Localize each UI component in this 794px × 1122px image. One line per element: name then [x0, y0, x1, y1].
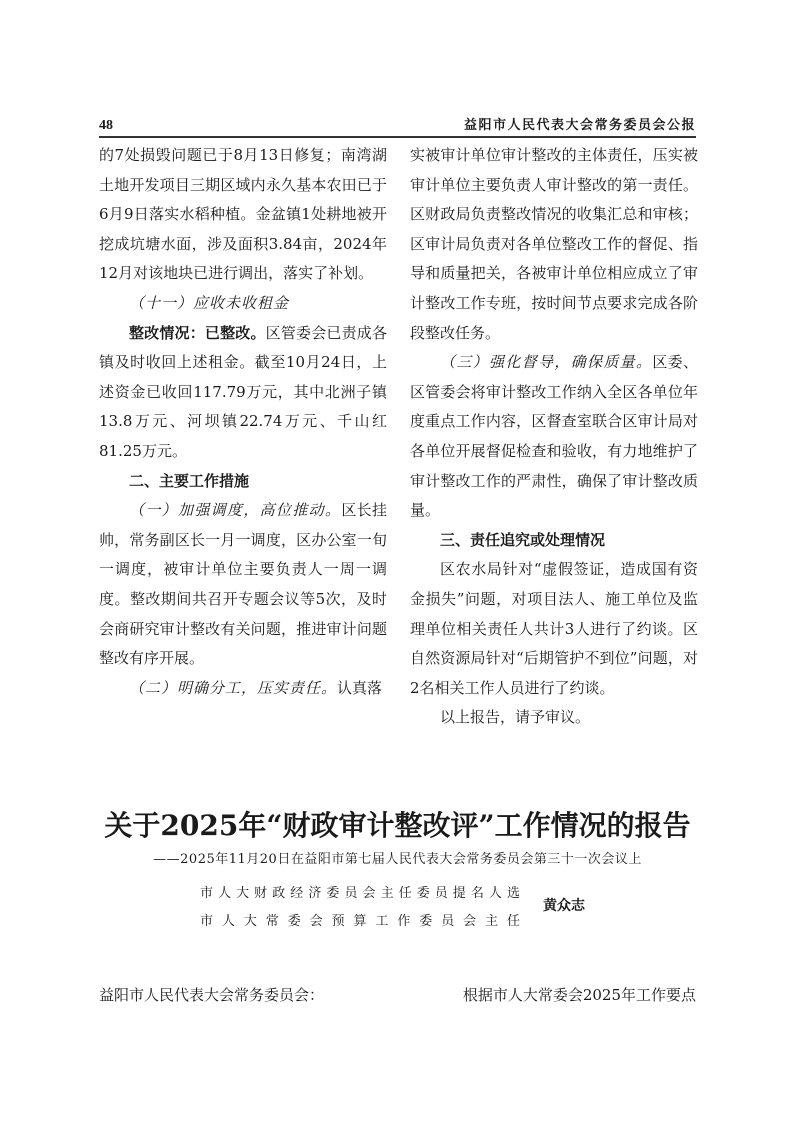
measure-2-title: （二）明确分工，压实责任。	[129, 679, 337, 697]
speaker-block: 市人大财政经济委员会主任委员提名人选 市人大常委会预算工作委员会主任 黄众志	[200, 880, 640, 940]
measure-1-title: （一）加强调度，高位推动。	[129, 501, 341, 519]
paragraph-accountability: 区农水局针对“虚假签证，造成国有资金损失”问题，对项目法人、施工单位及监理单位相…	[410, 555, 698, 703]
header-divider	[99, 136, 696, 138]
measure-3-text: 区委、区管委会将审计整改工作纳入全区各单位年度重点工作内容，区督查室联合区审计局…	[410, 353, 698, 519]
paragraph-continuation: 的7处损毁问题已于8月13日修复；南湾湖土地开发项目三期区域内永久基本农田已于6…	[99, 141, 387, 289]
section-heading-main-measures: 二、主要工作措施	[99, 467, 387, 497]
addressee: 益阳市人民代表大会常务委员会：	[99, 984, 324, 1006]
left-column: 的7处损毁问题已于8月13日修复；南湾湖土地开发项目三期区域内永久基本农田已于6…	[99, 141, 387, 703]
measure-3-title: （三）强化督导，确保质量。	[440, 353, 652, 371]
rectification-status-text: 区管委会已责成各镇及时收回上述租金。截至10月24日，上述资金已收回117.79…	[99, 324, 387, 460]
paragraph-measure-3: （三）强化督导，确保质量。区委、区管委会将审计整改工作纳入全区各单位年度重点工作…	[410, 348, 698, 526]
section-heading-accountability: 三、责任追究或处理情况	[410, 526, 698, 556]
report-body-start: 根据市人大常委会2025年工作要点	[440, 984, 696, 1006]
paragraph-closing: 以上报告，请予审议。	[410, 703, 698, 733]
paragraph-measure-2: （二）明确分工，压实责任。认真落	[99, 674, 387, 704]
report-subtitle: ——2025年11月20日在益阳市第七届人民代表大会常务委员会第三十一次会议上	[99, 850, 696, 870]
speaker-role-1: 市人大财政经济委员会主任委员提名人选	[200, 880, 520, 908]
right-column: 实被审计单位审计整改的主体责任，压实被审计单位主要负责人审计整改的第一责任。区财…	[410, 141, 698, 733]
journal-title: 益阳市人民代表大会常务委员会公报	[464, 117, 696, 135]
paragraph-measure-2-continued: 实被审计单位审计整改的主体责任，压实被审计单位主要负责人审计整改的第一责任。区财…	[410, 141, 698, 348]
paragraph-rectification: 整改情况：已整改。区管委会已责成各镇及时收回上述租金。截至10月24日，上述资金…	[99, 319, 387, 467]
measure-2-text-start: 认真落	[337, 679, 382, 697]
speaker-role-2: 市人大常委会预算工作委员会主任	[200, 908, 520, 936]
paragraph-measure-1: （一）加强调度，高位推动。区长挂帅，常务副区长一月一调度，区办公室一旬一调度，被…	[99, 496, 387, 674]
speaker-roles: 市人大财政经济委员会主任委员提名人选 市人大常委会预算工作委员会主任	[200, 880, 520, 936]
measure-1-text: 区长挂帅，常务副区长一月一调度，区办公室一旬一调度，被审计单位主要负责人一周一调…	[99, 501, 387, 667]
speaker-name: 黄众志	[543, 896, 585, 916]
report-title: 关于2025年“财政审计整改评”工作情况的报告	[99, 806, 696, 846]
sub-heading-rent: （十一）应收未收租金	[99, 289, 387, 319]
rectification-status-label: 整改情况：已整改。	[129, 324, 266, 342]
page-number: 48	[99, 117, 113, 135]
